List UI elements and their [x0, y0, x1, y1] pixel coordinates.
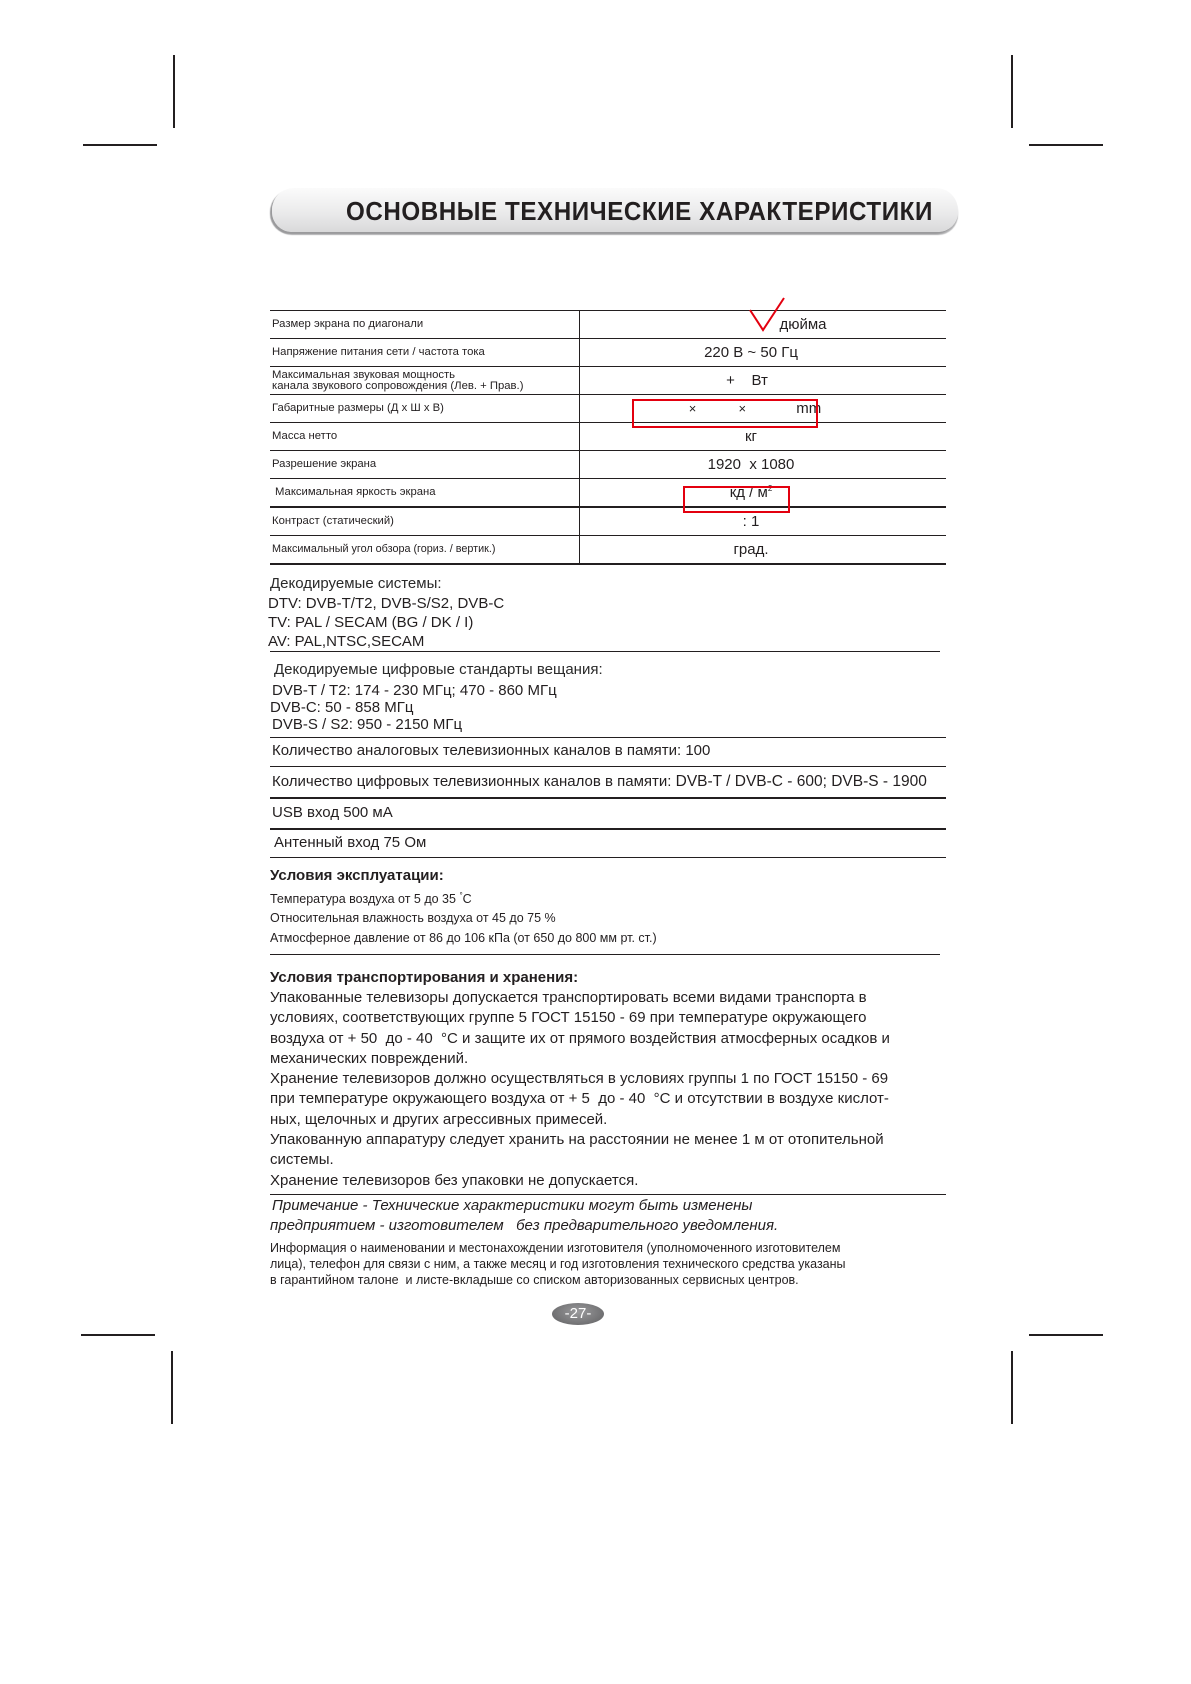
divider	[270, 857, 946, 858]
brightness-highlight-box	[683, 486, 790, 513]
spec-label: Размер экрана по диагонали	[270, 311, 580, 339]
page-number-badge: -27-	[552, 1303, 604, 1325]
crop-mark	[1029, 144, 1103, 146]
spec-label: Габаритные размеры (Д х Ш х В)	[270, 395, 580, 423]
antenna-input-text: Антенный вход 75 Ом	[274, 834, 426, 851]
crop-mark	[1029, 1334, 1103, 1336]
crop-mark	[171, 1351, 173, 1424]
pressure-text: Атмосферное давление от 86 до 106 кПа (о…	[270, 931, 657, 945]
specs-table: Размер экрана по диагонали дюйма Напряже…	[270, 310, 946, 565]
spec-value: + Вт	[580, 367, 947, 395]
decoded-systems-heading: Декодируемые системы:	[270, 575, 442, 592]
table-row: Максимальная яркость экрана кд / м2	[270, 479, 946, 508]
divider	[270, 954, 940, 955]
crop-mark	[1011, 55, 1013, 128]
usb-input-text: USB вход 500 мА	[272, 804, 393, 821]
divider	[270, 797, 946, 799]
table-row: Максимальный угол обзора (гориз. / верти…	[270, 536, 946, 565]
divider	[270, 1194, 946, 1195]
decoded-system-line: AV: PAL,NTSC,SECAM	[268, 633, 424, 650]
operating-conditions-heading: Условия эксплуатации:	[270, 867, 444, 884]
broadcast-standard-line: DVB-C: 50 - 858 МГц	[270, 699, 413, 716]
table-row: Напряжение питания сети / частота тока 2…	[270, 339, 946, 367]
spec-value: 1920 x 1080	[580, 451, 947, 479]
table-row: Максимальная звуковая мощность канала зв…	[270, 367, 946, 395]
divider	[270, 828, 946, 830]
broadcast-standards-heading: Декодируемые цифровые стандарты вещания:	[274, 661, 603, 678]
humidity-text: Относительная влажность воздуха от 45 до…	[270, 911, 556, 925]
spec-value: град.	[580, 536, 947, 565]
crop-mark	[81, 1334, 155, 1336]
note-text: Примечание - Технические характеристики …	[270, 1196, 778, 1235]
crop-mark	[83, 144, 157, 146]
table-row: Контраст (статический) : 1	[270, 507, 946, 536]
dimensions-highlight-box	[632, 399, 818, 428]
divider	[270, 766, 946, 767]
divider	[270, 651, 940, 652]
broadcast-standard-line: DVB-S / S2: 950 - 2150 МГц	[272, 716, 462, 733]
analog-channels-text: Количество аналоговых телевизионных кана…	[272, 742, 710, 759]
table-row: Размер экрана по диагонали дюйма	[270, 311, 946, 339]
crop-mark	[173, 55, 175, 128]
digital-channels-text: Количество цифровых телевизионных канало…	[272, 773, 927, 791]
spec-label: Максимальная звуковая мощность канала зв…	[270, 367, 580, 395]
manufacturer-info: Информация о наименовании и местонахожде…	[270, 1240, 846, 1288]
decoded-system-line: TV: PAL / SECAM (BG / DK / I)	[268, 614, 473, 631]
transport-storage-heading: Условия транспортирования и хранения:	[270, 969, 578, 986]
spec-label: Контраст (статический)	[270, 507, 580, 536]
crop-mark	[1011, 1351, 1013, 1424]
temperature-text: Температура воздуха от 5 до 35 °С	[270, 891, 472, 906]
table-row: Масса нетто кг	[270, 423, 946, 451]
checkmark-icon	[748, 296, 788, 342]
spec-value: 220 В ~ 50 Гц	[580, 339, 947, 367]
table-row: Габаритные размеры (Д х Ш х В) × × mm	[270, 395, 946, 423]
transport-storage-text: Упакованные телевизоры допускается транс…	[270, 988, 950, 1191]
page-title: ОСНОВНЫЕ ТЕХНИЧЕСКИЕ ХАРАКТЕРИСТИКИ	[346, 196, 933, 227]
divider	[270, 737, 946, 738]
spec-label: Разрешение экрана	[270, 451, 580, 479]
decoded-system-line: DTV: DVB-T/T2, DVB-S/S2, DVB-C	[268, 595, 504, 612]
broadcast-standard-line: DVB-T / T2: 174 - 230 МГц; 470 - 860 МГц	[272, 682, 557, 699]
spec-label: Максимальный угол обзора (гориз. / верти…	[270, 536, 580, 565]
spec-label: Максимальная яркость экрана	[270, 479, 580, 508]
spec-label: Напряжение питания сети / частота тока	[270, 339, 580, 367]
spec-label: Масса нетто	[270, 423, 580, 451]
table-row: Разрешение экрана 1920 x 1080	[270, 451, 946, 479]
